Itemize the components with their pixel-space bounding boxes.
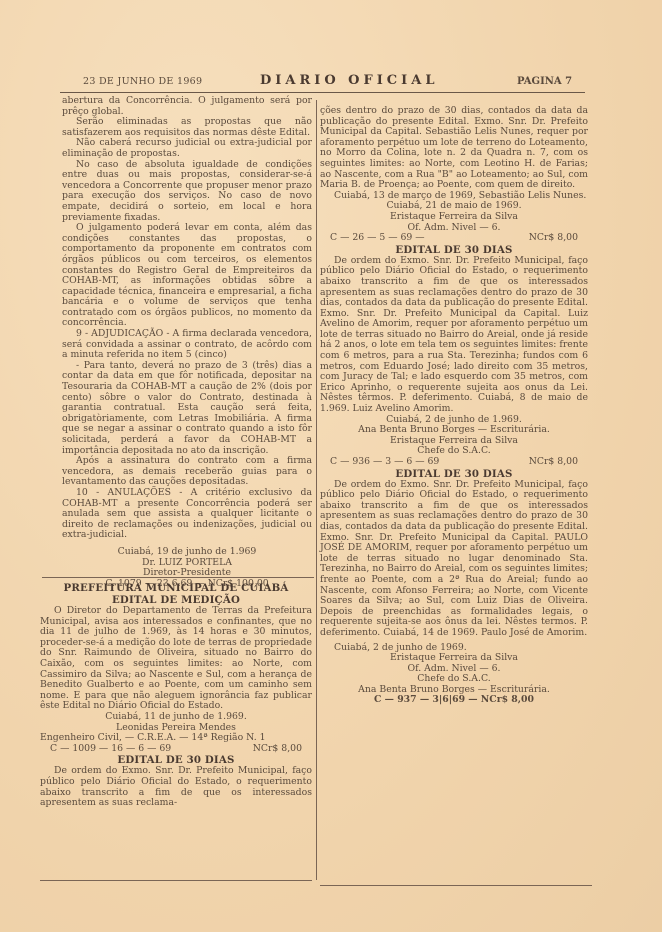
paragraph-anulacoes: 10 - ANULAÇÕES - A critério exclusivo da… <box>62 488 312 541</box>
edital-a-name: Eristaque Ferreira da Silva <box>320 212 588 223</box>
medicao-fee: C — 1009 — 16 — 6 — 69 NCr$ 8,00 <box>40 744 312 755</box>
fee-code: C — 1009 — 16 — 6 — 69 <box>50 744 171 755</box>
edital-a-body-start: De ordem do Exmo. Snr. Dr. Prefeito Muni… <box>40 766 312 808</box>
edital-b-body: De ordem do Exmo. Snr. Dr. Prefeito Muni… <box>320 256 588 415</box>
fee-amount: NCr$ 8,00 <box>253 744 302 755</box>
edital-c-heading: EDITAL DE 30 DIAS <box>320 468 588 480</box>
newspaper-title: DIARIO OFICIAL <box>260 73 438 88</box>
section-divider <box>42 577 314 578</box>
edital-medicao-article: PREFEITURA MUNICIPAL DE CUIABÁ EDITAL DE… <box>40 582 312 809</box>
section-divider <box>320 885 592 886</box>
fee-code: C — 26 — 5 — 69 — <box>330 233 425 244</box>
issue-date: 23 DE JUNHO DE 1969 <box>83 76 202 87</box>
masthead-rule <box>60 92 585 93</box>
paragraph-adjudicacao: 9 - ADJUDICAÇÃO - A firma declarada venc… <box>62 329 312 361</box>
paragraph: - Para tanto, deverá no prazo de 3 (três… <box>62 361 312 456</box>
edital-c-body: De ordem do Exmo. Snr. Dr. Prefeito Muni… <box>320 480 588 639</box>
column-rule <box>316 100 317 880</box>
edital-c-fee: C — 937 — 3|6|69 — NCr$ 8,00 <box>320 695 588 706</box>
fee-amount: NCr$ 8,00 <box>529 233 578 244</box>
medicao-body: O Diretor do Departamento de Terras da P… <box>40 606 312 712</box>
edital-a-body-cont: ções dentro do prazo de 30 dias, contado… <box>320 106 588 191</box>
edital-b-fee: C — 936 — 3 — 6 — 69 NCr$ 8,00 <box>320 457 588 468</box>
paragraph: Após a assinatura do contrato com a firm… <box>62 456 312 488</box>
edital-b-heading: EDITAL DE 30 DIAS <box>320 244 588 256</box>
signature-place-date: Cuiabá, 19 de junho de 1.969 <box>62 547 312 558</box>
paragraph: Não caberá recurso judicial ou extra-jud… <box>62 138 312 159</box>
medicao-place-date: Cuiabá, 11 de junho de 1.969. <box>40 712 312 723</box>
page-number: PAGINA 7 <box>517 76 572 87</box>
edital-a-fee: C — 26 — 5 — 69 — NCr$ 8,00 <box>320 233 588 244</box>
paragraph: O julgamento poderá levar em conta, além… <box>62 223 312 329</box>
paragraph: Serão eliminadas as propostas que não sa… <box>62 117 312 138</box>
fee-amount: NCr$ 8,00 <box>529 457 578 468</box>
masthead: 23 DE JUNHO DE 1969 DIARIO OFICIAL PAGIN… <box>55 70 585 92</box>
paragraph: abertura da Concorrência. O julgamento s… <box>62 96 312 117</box>
right-column: ções dentro do prazo de 30 dias, contado… <box>320 106 588 706</box>
cohab-tender-article: abertura da Concorrência. O julgamento s… <box>62 96 312 589</box>
fee-code: C — 936 — 3 — 6 — 69 <box>330 457 439 468</box>
paragraph: No caso de absoluta igualdade de condiçõ… <box>62 160 312 224</box>
section-divider <box>40 880 312 881</box>
newspaper-page: 23 DE JUNHO DE 1969 DIARIO OFICIAL PAGIN… <box>0 0 662 932</box>
medicao-heading-1: PREFEITURA MUNICIPAL DE CUIABÁ <box>40 582 312 594</box>
